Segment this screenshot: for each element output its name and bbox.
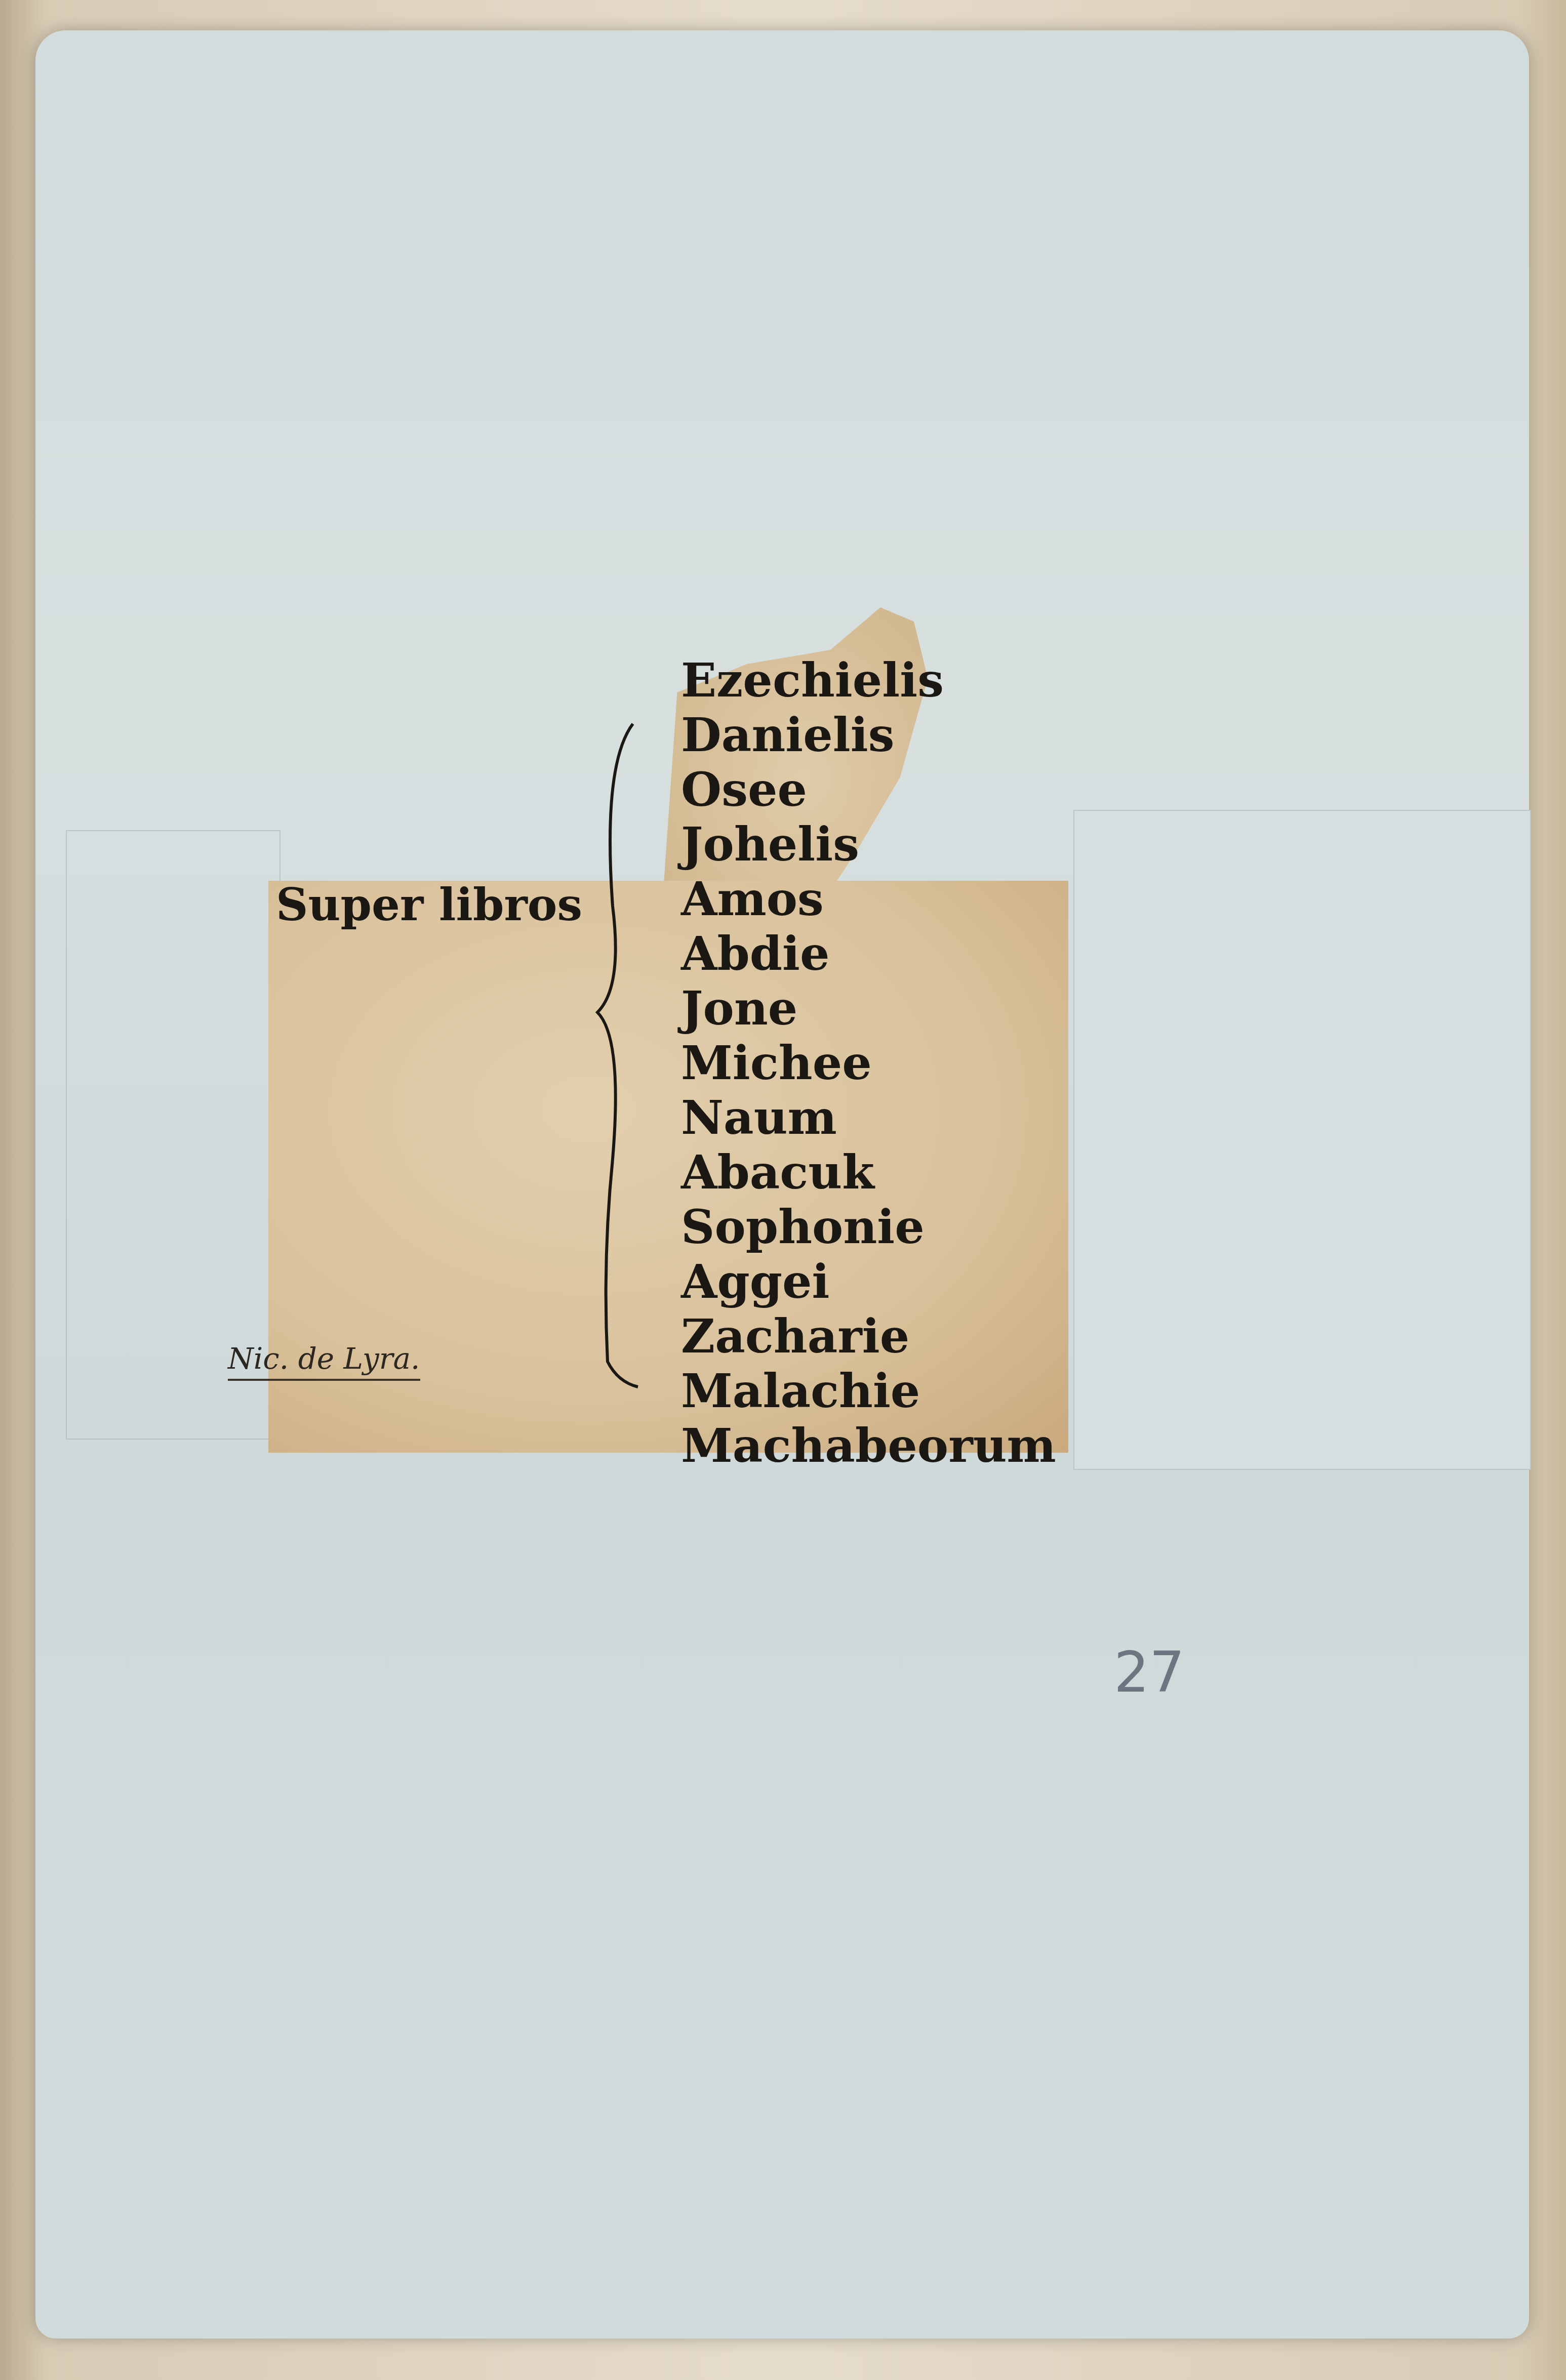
book-title: Abacuk	[681, 1145, 1056, 1200]
book-title: Naum	[681, 1090, 1056, 1145]
cover-patch-right	[1073, 810, 1531, 1470]
book-title: Amos	[681, 872, 1056, 926]
brace-icon	[592, 704, 653, 1392]
book-title: Abdie	[681, 926, 1056, 981]
book-title: Johelis	[681, 817, 1056, 872]
label-heading: Super libros	[276, 878, 582, 931]
book-title: Jone	[681, 981, 1056, 1036]
book-title: Ezechielis	[681, 653, 1056, 708]
book-title: Osee	[681, 762, 1056, 817]
book-title: Machabeorum	[681, 1418, 1056, 1473]
book-list: Ezechielis Danielis Osee Johelis Amos Ab…	[681, 653, 1056, 1473]
handwritten-signature: Nic. de Lyra.	[228, 1341, 420, 1381]
book-title: Michee	[681, 1036, 1056, 1090]
book-title: Malachie	[681, 1364, 1056, 1418]
book-title: Zacharie	[681, 1309, 1056, 1364]
book-title: Sophonie	[681, 1200, 1056, 1254]
shelf-number: 27	[1114, 1640, 1185, 1705]
book-title: Danielis	[681, 708, 1056, 762]
book-title: Aggei	[681, 1254, 1056, 1309]
